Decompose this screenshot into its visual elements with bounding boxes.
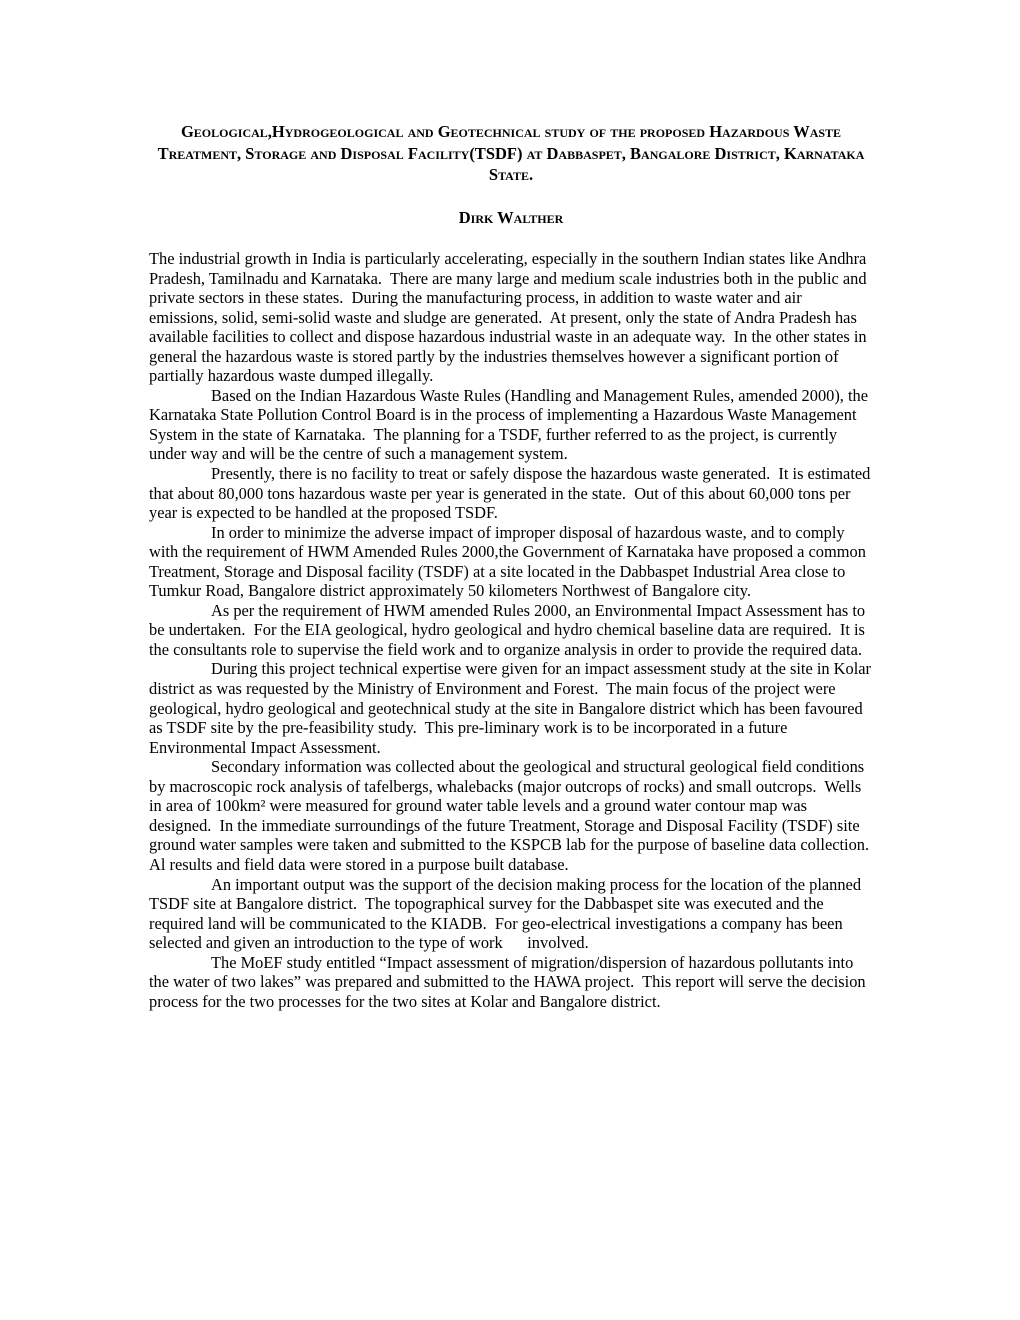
paragraph-1: The industrial growth in India is partic…	[149, 249, 873, 386]
paragraph-9: The MoEF study entitled “Impact assessme…	[149, 953, 873, 1012]
document-body: The industrial growth in India is partic…	[149, 249, 873, 1011]
paragraph-3: Presently, there is no facility to treat…	[149, 464, 873, 523]
author-name: Dirk Walther	[149, 207, 873, 229]
document-title: Geological,Hydrogeological and Geotechni…	[149, 121, 873, 186]
document-page: Geological,Hydrogeological and Geotechni…	[0, 0, 1020, 1320]
paragraph-6: During this project technical expertise …	[149, 659, 873, 757]
paragraph-4: In order to minimize the adverse impact …	[149, 523, 873, 601]
text-block: Geological,Hydrogeological and Geotechni…	[149, 121, 873, 1011]
paragraph-7: Secondary information was collected abou…	[149, 757, 873, 874]
paragraph-2: Based on the Indian Hazardous Waste Rule…	[149, 386, 873, 464]
paragraph-8: An important output was the support of t…	[149, 875, 873, 953]
paragraph-5: As per the requirement of HWM amended Ru…	[149, 601, 873, 660]
